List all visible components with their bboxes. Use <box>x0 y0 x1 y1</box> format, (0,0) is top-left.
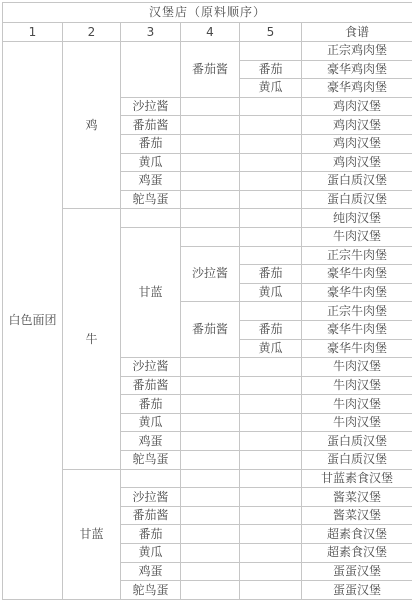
cell-empty <box>181 469 240 488</box>
cell-ingredient: 番茄 <box>121 395 181 414</box>
recipe-table: 汉堡店（原料顺序） 1 2 3 4 5 食谱 白色面团 鸡 番茄酱 正宗鸡肉堡 … <box>2 2 412 600</box>
cell-recipe: 蛋白质汉堡 <box>302 432 412 451</box>
cell-protein-chicken: 鸡 <box>63 42 121 209</box>
cell-ingredient: 鸡蛋 <box>121 432 181 451</box>
cell-empty <box>181 134 240 153</box>
cell-empty <box>181 116 240 135</box>
cell-recipe: 鸡肉汉堡 <box>302 116 412 135</box>
cell-recipe: 酱菜汉堡 <box>302 488 412 507</box>
cell-empty <box>240 562 302 581</box>
cell-empty <box>240 432 302 451</box>
cell-empty <box>240 469 302 488</box>
cell-empty <box>181 209 240 228</box>
cell-recipe: 超素食汉堡 <box>302 525 412 544</box>
cell-empty <box>121 469 181 488</box>
cell-ingredient: 鸵鸟蛋 <box>121 581 181 600</box>
cell-recipe: 牛肉汉堡 <box>302 413 412 432</box>
cell-empty <box>240 395 302 414</box>
cell-ingredient: 番茄酱 <box>121 376 181 395</box>
cell-empty <box>181 506 240 525</box>
cell-ingredient: 沙拉酱 <box>181 246 240 302</box>
cell-empty <box>240 227 302 246</box>
cell-ingredient: 黄瓜 <box>240 283 302 302</box>
table-row: 牛 纯肉汉堡 <box>3 209 412 228</box>
cell-ingredient: 番茄 <box>121 134 181 153</box>
cell-empty <box>240 413 302 432</box>
cell-empty <box>181 432 240 451</box>
spreadsheet-view: 汉堡店（原料顺序） 1 2 3 4 5 食谱 白色面团 鸡 番茄酱 正宗鸡肉堡 … <box>0 0 412 600</box>
cell-empty <box>181 376 240 395</box>
cell-empty <box>240 506 302 525</box>
table-row: 甘蓝 甘蓝素食汉堡 <box>3 469 412 488</box>
cell-empty <box>240 190 302 209</box>
cell-empty <box>181 153 240 172</box>
cell-recipe: 鸡肉汉堡 <box>302 153 412 172</box>
cell-empty <box>240 488 302 507</box>
cell-ingredient: 番茄 <box>240 265 302 284</box>
cell-recipe: 蛋白质汉堡 <box>302 451 412 470</box>
cell-ingredient-cabbage: 甘蓝 <box>121 227 181 357</box>
cell-empty <box>240 246 302 265</box>
cell-empty <box>181 413 240 432</box>
cell-recipe: 牛肉汉堡 <box>302 227 412 246</box>
table-row: 白色面团 鸡 番茄酱 正宗鸡肉堡 <box>3 42 412 61</box>
cell-recipe: 豪华鸡肉堡 <box>302 79 412 98</box>
cell-recipe: 牛肉汉堡 <box>302 395 412 414</box>
cell-recipe: 豪华牛肉堡 <box>302 265 412 284</box>
cell-recipe: 牛肉汉堡 <box>302 376 412 395</box>
cell-ingredient: 鸡蛋 <box>121 562 181 581</box>
cell-recipe: 纯肉汉堡 <box>302 209 412 228</box>
cell-recipe: 蛋白质汉堡 <box>302 190 412 209</box>
cell-ingredient: 黄瓜 <box>121 413 181 432</box>
header-col-1: 1 <box>3 23 63 42</box>
cell-empty <box>240 116 302 135</box>
cell-ingredient: 黄瓜 <box>121 153 181 172</box>
cell-empty <box>240 358 302 377</box>
cell-ingredient: 沙拉酱 <box>121 358 181 377</box>
cell-recipe: 超素食汉堡 <box>302 544 412 563</box>
cell-empty <box>121 42 181 98</box>
cell-empty <box>181 97 240 116</box>
cell-empty <box>240 172 302 191</box>
cell-ingredient: 番茄酱 <box>181 42 240 98</box>
cell-empty <box>240 209 302 228</box>
cell-recipe: 鸡肉汉堡 <box>302 97 412 116</box>
cell-ingredient: 鸡蛋 <box>121 172 181 191</box>
cell-recipe: 豪华牛肉堡 <box>302 283 412 302</box>
cell-recipe: 蛋蛋汉堡 <box>302 562 412 581</box>
table-title: 汉堡店（原料顺序） <box>3 3 412 23</box>
cell-recipe: 正宗牛肉堡 <box>302 302 412 321</box>
cell-empty <box>181 562 240 581</box>
cell-recipe: 牛肉汉堡 <box>302 358 412 377</box>
cell-empty <box>181 544 240 563</box>
header-col-2: 2 <box>63 23 121 42</box>
cell-recipe: 豪华牛肉堡 <box>302 339 412 358</box>
cell-empty <box>240 451 302 470</box>
cell-ingredient: 黄瓜 <box>121 544 181 563</box>
header-col-4: 4 <box>181 23 240 42</box>
cell-ingredient: 沙拉酱 <box>121 97 181 116</box>
cell-empty <box>240 581 302 600</box>
header-col-recipe: 食谱 <box>302 23 412 42</box>
cell-ingredient: 沙拉酱 <box>121 488 181 507</box>
cell-ingredient: 鸵鸟蛋 <box>121 190 181 209</box>
cell-recipe: 豪华牛肉堡 <box>302 320 412 339</box>
cell-empty <box>181 358 240 377</box>
cell-recipe: 鸡肉汉堡 <box>302 134 412 153</box>
cell-empty <box>240 97 302 116</box>
cell-empty <box>240 153 302 172</box>
cell-ingredient: 黄瓜 <box>240 339 302 358</box>
cell-recipe: 蛋蛋汉堡 <box>302 581 412 600</box>
cell-recipe: 甘蓝素食汉堡 <box>302 469 412 488</box>
cell-ingredient: 番茄 <box>240 320 302 339</box>
cell-recipe: 豪华鸡肉堡 <box>302 60 412 79</box>
cell-empty <box>181 581 240 600</box>
cell-empty <box>181 451 240 470</box>
cell-empty <box>181 395 240 414</box>
cell-empty <box>121 209 181 228</box>
cell-ingredient: 鸵鸟蛋 <box>121 451 181 470</box>
cell-empty <box>240 134 302 153</box>
cell-ingredient: 番茄酱 <box>121 506 181 525</box>
cell-ingredient: 番茄酱 <box>121 116 181 135</box>
cell-recipe: 正宗鸡肉堡 <box>302 42 412 61</box>
cell-empty <box>240 544 302 563</box>
cell-protein-cabbage: 甘蓝 <box>63 469 121 599</box>
cell-empty <box>240 525 302 544</box>
cell-base-dough: 白色面团 <box>3 42 63 600</box>
header-col-3: 3 <box>121 23 181 42</box>
cell-ingredient: 番茄 <box>121 525 181 544</box>
cell-ingredient: 黄瓜 <box>240 79 302 98</box>
cell-ingredient: 番茄 <box>240 60 302 79</box>
cell-empty <box>240 302 302 321</box>
cell-ingredient: 番茄酱 <box>181 302 240 358</box>
cell-recipe: 酱菜汉堡 <box>302 506 412 525</box>
cell-protein-beef: 牛 <box>63 209 121 469</box>
cell-empty <box>240 42 302 61</box>
cell-empty <box>181 227 240 246</box>
cell-empty <box>240 376 302 395</box>
header-col-5: 5 <box>240 23 302 42</box>
cell-empty <box>181 488 240 507</box>
cell-recipe: 蛋白质汉堡 <box>302 172 412 191</box>
cell-empty <box>181 190 240 209</box>
cell-recipe: 正宗牛肉堡 <box>302 246 412 265</box>
cell-empty <box>181 172 240 191</box>
cell-empty <box>181 525 240 544</box>
